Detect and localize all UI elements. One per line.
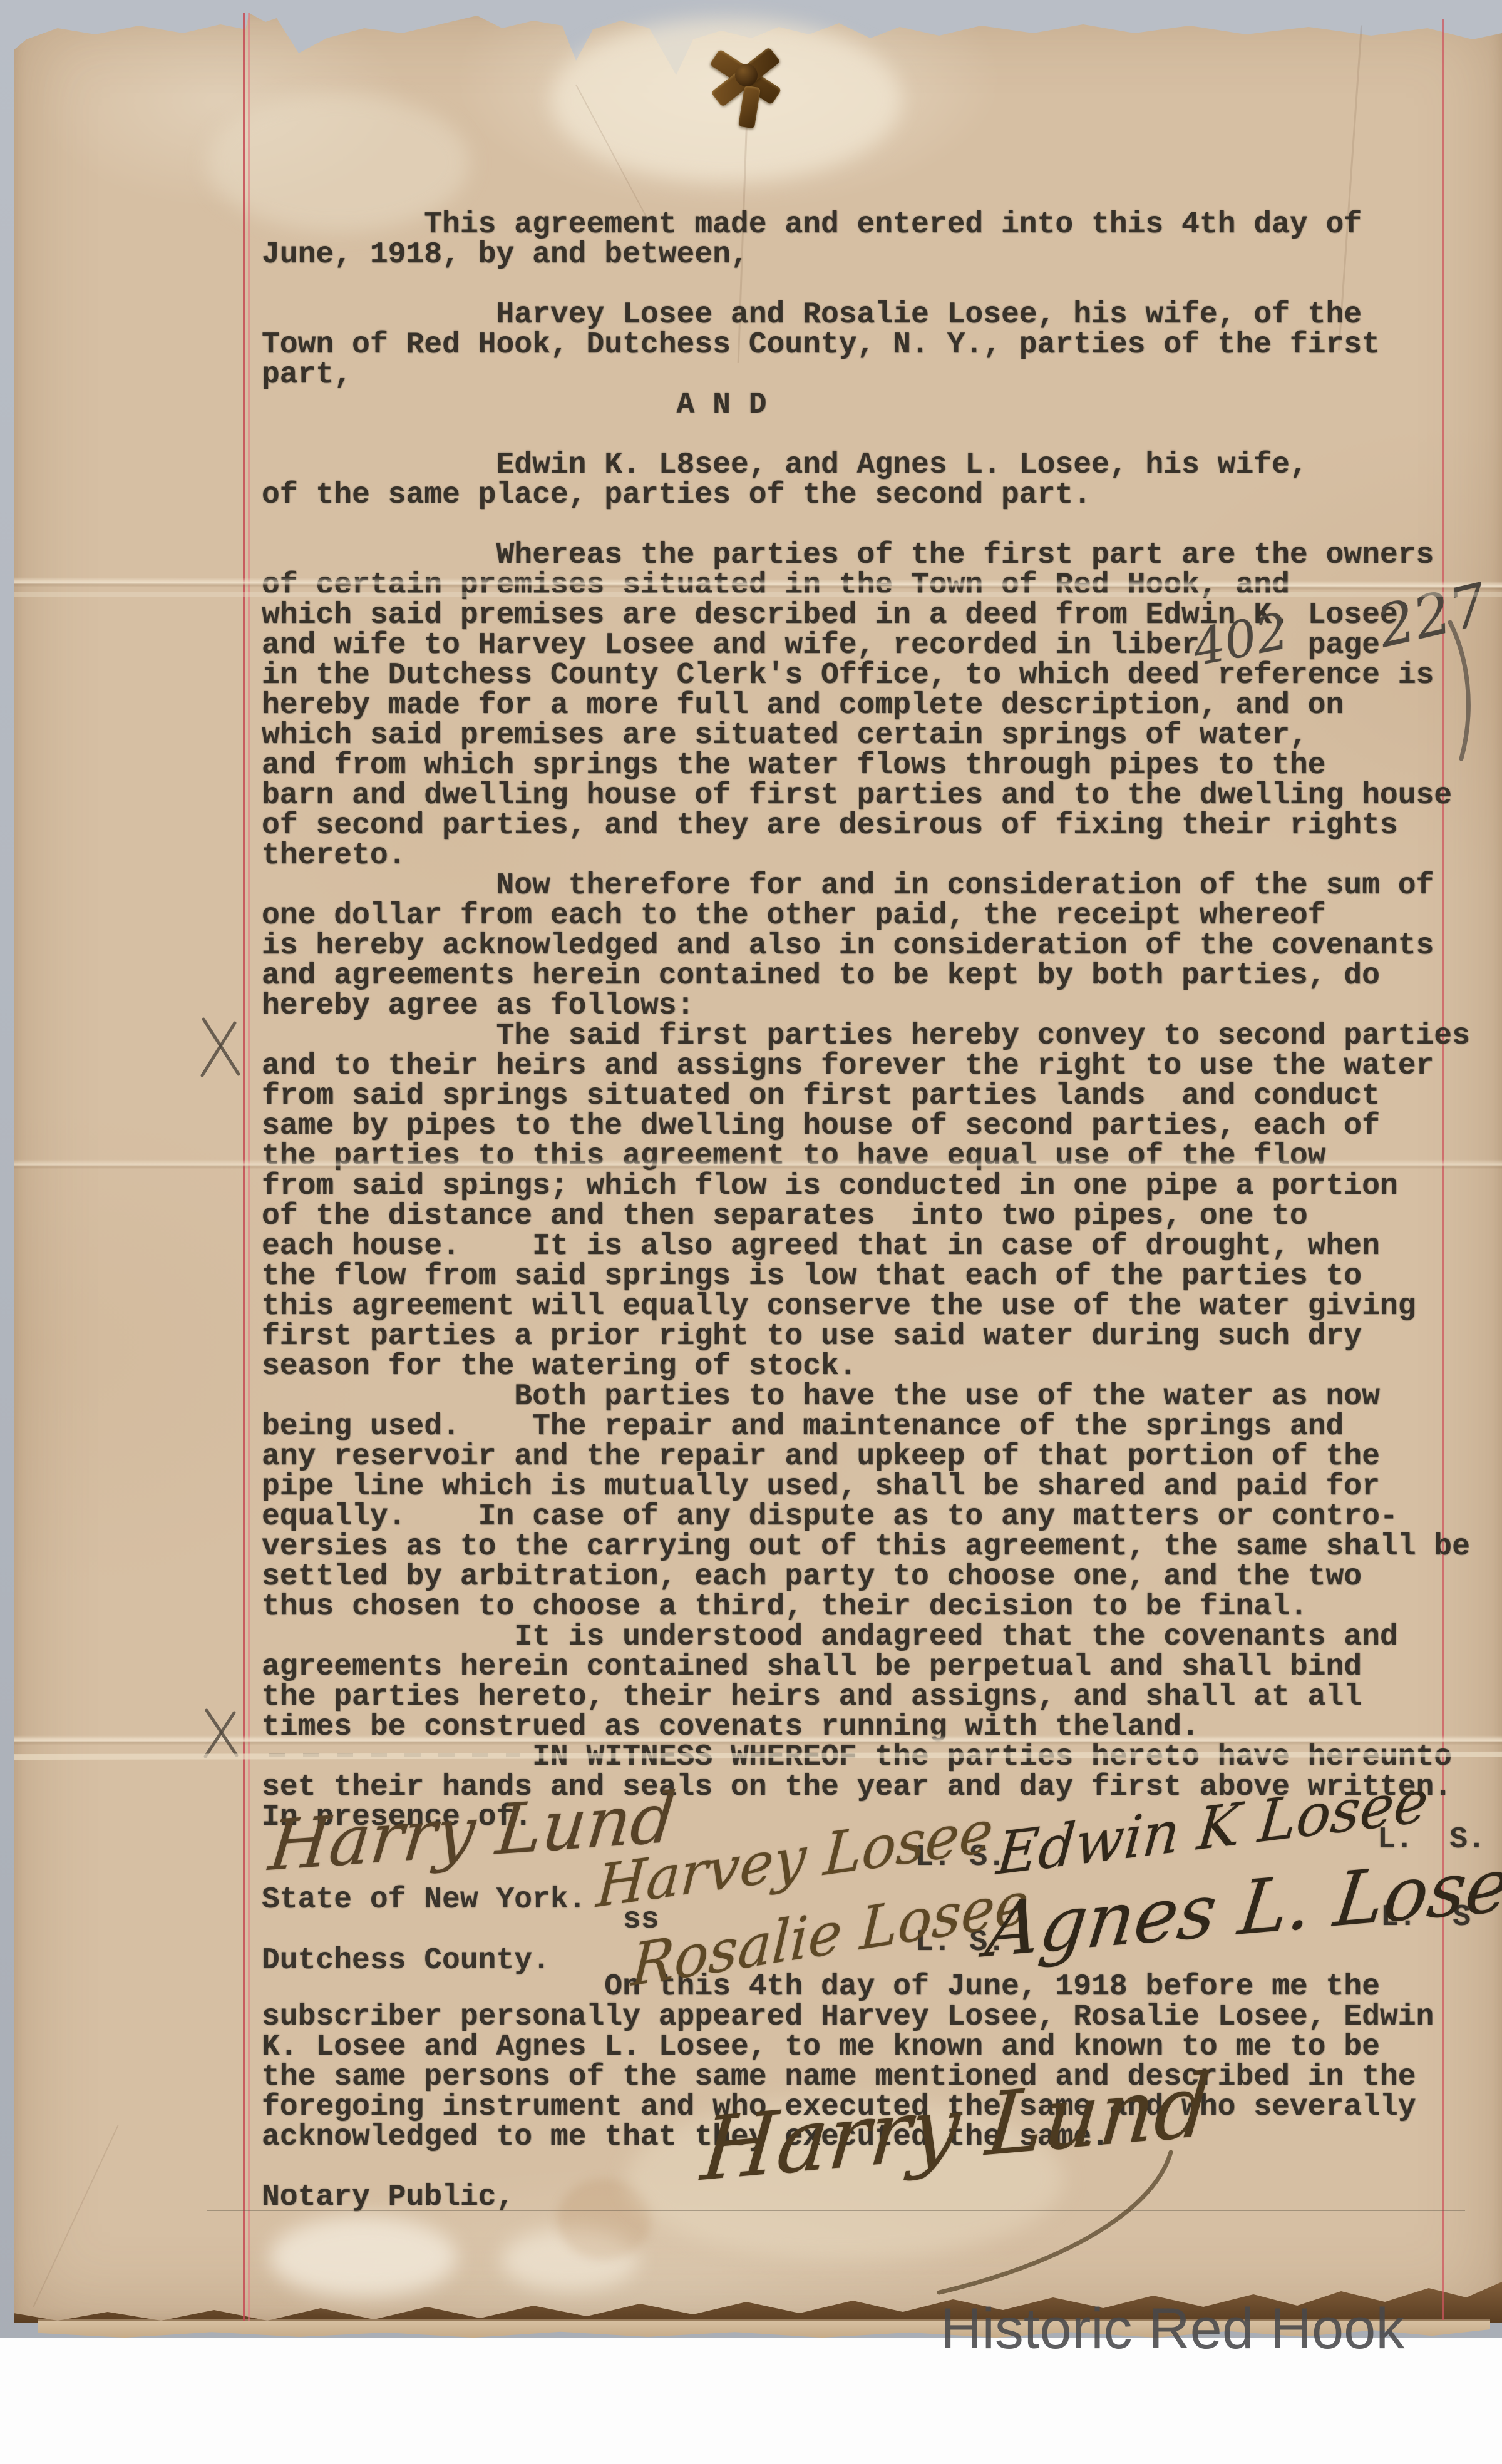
typed-line: which said premises are situated certain… [262,721,1470,751]
typed-line: any reservoir and the repair and upkeep … [262,1442,1470,1472]
typed-line: June, 1918, by and between, [262,240,1470,270]
typed-line: equally. In case of any dispute as to an… [262,1502,1470,1532]
typed-line: of the same place, parties of the second… [262,480,1470,510]
crease-highlight [14,592,1502,597]
typed-line: barn and dwelling house of first parties… [262,781,1470,811]
typed-line: Both parties to have the use of the wate… [262,1382,1470,1412]
scanned-document-page: This agreement made and entered into thi… [0,0,1502,2464]
typed-line: from said spings; which flow is conducte… [262,1171,1470,1201]
watermark: Historic Red Hook [940,2296,1404,2362]
typed-line: and to their heirs and assigns forever t… [262,1051,1470,1081]
typed-line: Town of Red Hook, Dutchess County, N. Y.… [262,330,1470,360]
typed-line: hereby agree as follows: [262,991,1470,1021]
typed-line: thus chosen to choose a third, their dec… [262,1592,1470,1622]
typed-line: part, [262,360,1470,390]
typed-line: season for the watering of stock. [262,1352,1470,1382]
typed-line: Now therefore for and in consideration o… [262,871,1470,901]
typed-line: is hereby acknowledged and also in consi… [262,931,1470,961]
typed-line: The said first parties hereby convey to … [262,1021,1470,1051]
typed-line [262,270,1470,300]
margin-x-mark [202,1707,240,1759]
typed-line: A N D [262,390,1470,420]
venue-state-line: State of New York. [262,1883,586,1917]
venue-county-line: Dutchess County. [262,1944,550,1978]
typed-line: This agreement made and entered into thi… [262,210,1470,240]
handwritten-number-tail [1440,620,1484,764]
typed-line: same by pipes to the dwelling house of s… [262,1111,1470,1141]
typed-line: being used. The repair and maintenance o… [262,1412,1470,1442]
typed-line: in the Dutchess County Clerk's Office, t… [262,660,1470,690]
notary-signature-flourish [902,2147,1202,2304]
pencil-rule-line [207,2210,1465,2211]
typed-line: which said premises are described in a d… [262,600,1470,630]
typed-line: one dollar from each to the other paid, … [262,901,1470,931]
typed-line: the parties hereto, their heirs and assi… [262,1682,1470,1712]
fastener-center [735,64,758,86]
typed-line: Whereas the parties of the first part ar… [262,540,1470,570]
typed-line [262,420,1470,450]
typed-line: It is understood andagreed that the cove… [262,1622,1470,1652]
typed-line: from said springs situated on first part… [262,1081,1470,1111]
typed-line: Harvey Losee and Rosalie Losee, his wife… [262,300,1470,330]
typed-line: this agreement will equally conserve the… [262,1291,1470,1322]
typed-line: the flow from said springs is low that e… [262,1261,1470,1291]
typed-line: of second parties, and they are desirous… [262,811,1470,841]
typed-line: agreements herein contained shall be per… [262,1652,1470,1682]
typed-line: each house. It is also agreed that in ca… [262,1231,1470,1261]
fold-crease [14,1159,1502,1169]
paper-worn-patch [269,2216,457,2297]
typed-line: and agreements herein contained to be ke… [262,961,1470,991]
typed-line: settled by arbitration, each party to ch… [262,1562,1470,1592]
typed-line: of the distance and then separates into … [262,1201,1470,1231]
margin-x-mark [197,1014,244,1079]
typed-line [262,510,1470,540]
paper-fastener [706,39,788,133]
typed-line: pipe line which is mutually used, shall … [262,1472,1470,1502]
typed-line: K. Losee and Agnes L. Losee, to me known… [262,2032,1434,2062]
typed-line: subscriber personally appeared Harvey Lo… [262,2002,1434,2032]
typed-line: and from which springs the water flows t… [262,751,1470,781]
typed-line: Edwin K. L8see, and Agnes L. Losee, his … [262,450,1470,480]
typed-agreement-text: This agreement made and entered into thi… [262,210,1470,1832]
typed-line: thereto. [262,841,1470,871]
typed-line: versies as to the carrying out of this a… [262,1532,1470,1562]
typed-line: hereby made for a more full and complete… [262,690,1470,721]
typed-line: first parties a prior right to use said … [262,1322,1470,1352]
